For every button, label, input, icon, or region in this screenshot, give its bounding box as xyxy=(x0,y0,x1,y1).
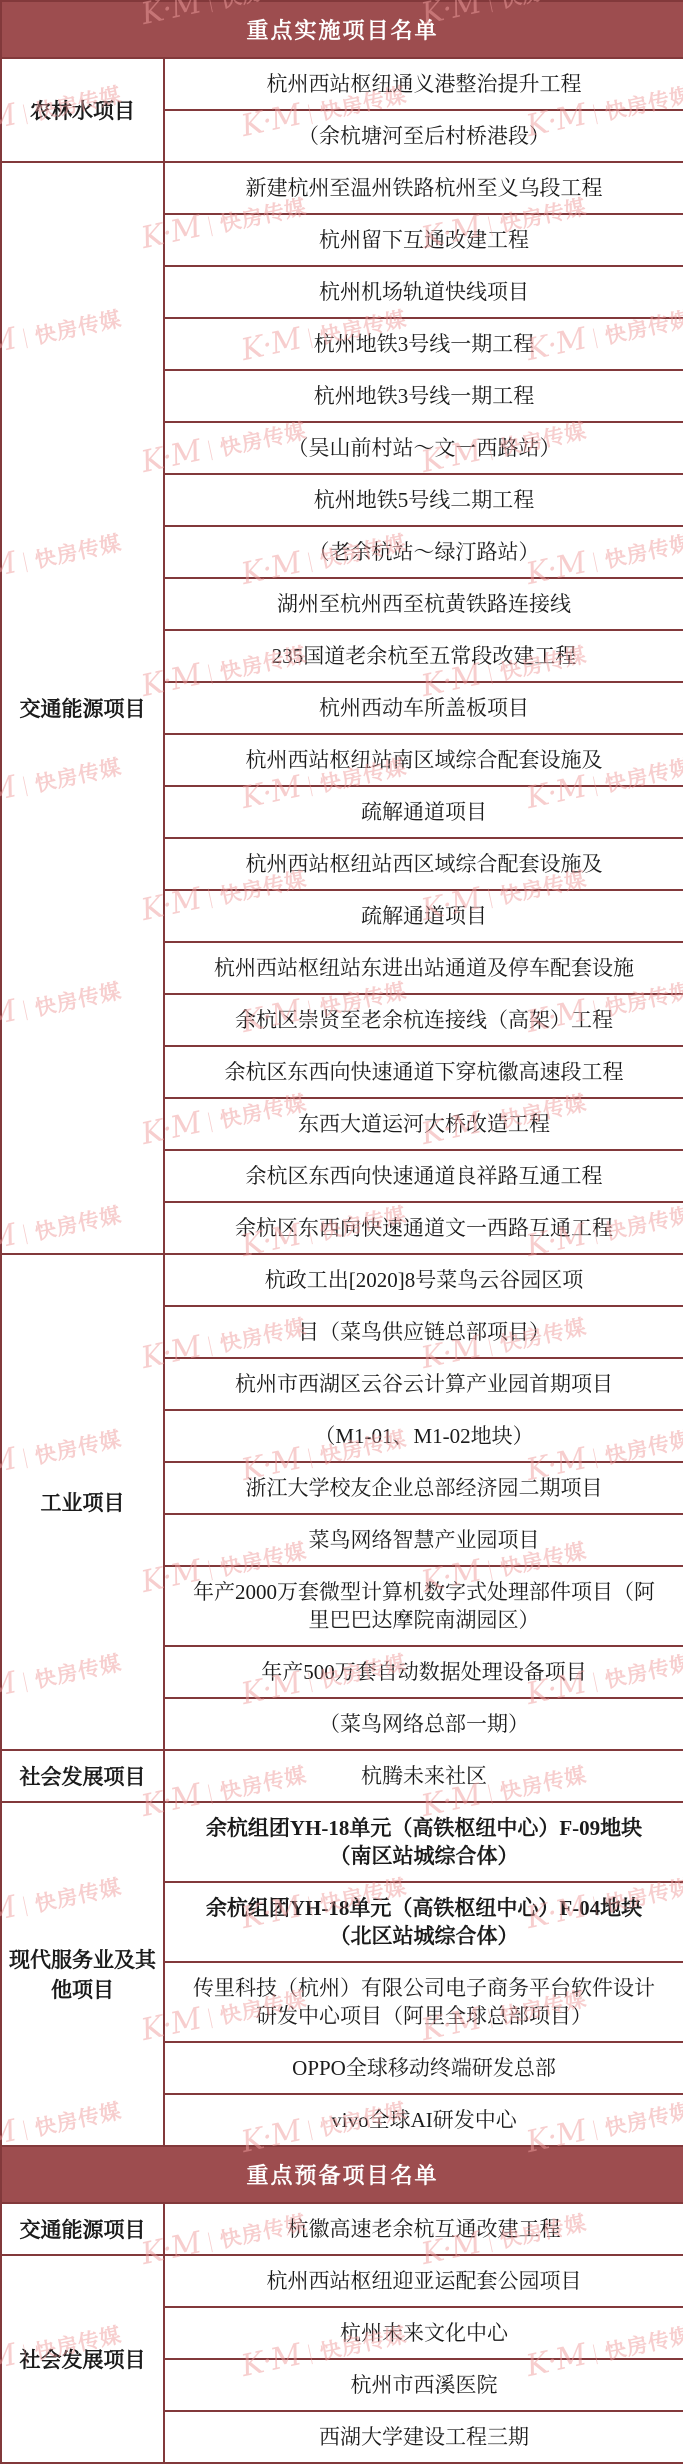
section-header-row: 重点预备项目名单 xyxy=(1,2146,683,2203)
project-cell: （菜鸟网络总部一期） xyxy=(164,1698,683,1750)
project-cell: 湖州至杭州西至杭黄铁路连接线 xyxy=(164,578,683,630)
project-cell: 余杭区东西向快速通道下穿杭徽高速段工程 xyxy=(164,1046,683,1098)
table-title: 重点预备项目名单 xyxy=(1,2146,683,2203)
project-cell: 传里科技（杭州）有限公司电子商务平台软件设计研发中心项目（阿里全球总部项目） xyxy=(164,1962,683,2042)
projects-table-body: 重点实施项目名单农林水项目杭州西站枢纽通义港整治提升工程（余杭塘河至后村桥港段）… xyxy=(1,1,683,2463)
table-title: 重点实施项目名单 xyxy=(1,1,683,58)
project-cell: （老余杭站～绿汀路站） xyxy=(164,526,683,578)
category-cell: 交通能源项目 xyxy=(1,2203,164,2255)
project-cell: 杭州地铁3号线一期工程 xyxy=(164,318,683,370)
project-cell: 杭政工出[2020]8号菜鸟云谷园区项 xyxy=(164,1254,683,1306)
project-cell: 杭州西站枢纽站东进出站通道及停车配套设施 xyxy=(164,942,683,994)
project-cell: 西湖大学建设工程三期 xyxy=(164,2411,683,2463)
projects-table: 重点实施项目名单农林水项目杭州西站枢纽通义港整治提升工程（余杭塘河至后村桥港段）… xyxy=(0,0,683,2464)
project-cell: OPPO全球移动终端研发总部 xyxy=(164,2042,683,2094)
table-row: 社会发展项目杭腾未来社区 xyxy=(1,1750,683,1802)
category-cell: 社会发展项目 xyxy=(1,2255,164,2463)
table-row: 现代服务业及其他项目余杭组团YH-18单元（高铁枢纽中心）F-09地块（南区站城… xyxy=(1,1802,683,1882)
project-cell: 杭州西动车所盖板项目 xyxy=(164,682,683,734)
category-cell: 交通能源项目 xyxy=(1,162,164,1254)
project-cell: （M1-01、M1-02地块） xyxy=(164,1410,683,1462)
project-cell: 菜鸟网络智慧产业园项目 xyxy=(164,1514,683,1566)
project-cell: 杭州地铁3号线一期工程 xyxy=(164,370,683,422)
category-cell: 现代服务业及其他项目 xyxy=(1,1802,164,2146)
table-row: 工业项目杭政工出[2020]8号菜鸟云谷园区项 xyxy=(1,1254,683,1306)
project-cell: 杭州西站枢纽站南区域综合配套设施及 xyxy=(164,734,683,786)
project-cell: 杭州留下互通改建工程 xyxy=(164,214,683,266)
project-cell: 疏解通道项目 xyxy=(164,890,683,942)
project-cell: 目（菜鸟供应链总部项目） xyxy=(164,1306,683,1358)
project-cell: vivo全球AI研发中心 xyxy=(164,2094,683,2146)
project-cell: 杭州地铁5号线二期工程 xyxy=(164,474,683,526)
project-cell: 235国道老余杭至五常段改建工程 xyxy=(164,630,683,682)
table-row: 农林水项目杭州西站枢纽通义港整治提升工程 xyxy=(1,58,683,110)
project-cell: 疏解通道项目 xyxy=(164,786,683,838)
project-cell: 浙江大学校友企业总部经济园二期项目 xyxy=(164,1462,683,1514)
project-cell: 余杭区东西向快速通道文一西路互通工程 xyxy=(164,1202,683,1254)
project-cell: 杭州市西溪医院 xyxy=(164,2359,683,2411)
project-cell: 杭州西站枢纽站西区域综合配套设施及 xyxy=(164,838,683,890)
project-cell: （余杭塘河至后村桥港段） xyxy=(164,110,683,162)
project-cell: 杭州机场轨道快线项目 xyxy=(164,266,683,318)
project-cell: 东西大道运河大桥改造工程 xyxy=(164,1098,683,1150)
document-page: 重点实施项目名单农林水项目杭州西站枢纽通义港整治提升工程（余杭塘河至后村桥港段）… xyxy=(0,0,683,2464)
project-cell: 杭州市西湖区云谷云计算产业园首期项目 xyxy=(164,1358,683,1410)
project-cell: 杭州西站枢纽通义港整治提升工程 xyxy=(164,58,683,110)
section-header-row: 重点实施项目名单 xyxy=(1,1,683,58)
project-cell: 余杭区崇贤至老余杭连接线（高架）工程 xyxy=(164,994,683,1046)
project-cell: 杭州未来文化中心 xyxy=(164,2307,683,2359)
project-cell: 年产500万套自动数据处理设备项目 xyxy=(164,1646,683,1698)
category-cell: 工业项目 xyxy=(1,1254,164,1750)
project-cell: 余杭组团YH-18单元（高铁枢纽中心）F-09地块（南区站城综合体） xyxy=(164,1802,683,1882)
table-row: 交通能源项目杭徽高速老余杭互通改建工程 xyxy=(1,2203,683,2255)
project-cell: 杭州西站枢纽迎亚运配套公园项目 xyxy=(164,2255,683,2307)
project-cell: 年产2000万套微型计算机数字式处理部件项目（阿里巴巴达摩院南湖园区） xyxy=(164,1566,683,1646)
project-cell: 新建杭州至温州铁路杭州至义乌段工程 xyxy=(164,162,683,214)
category-cell: 农林水项目 xyxy=(1,58,164,162)
project-cell: （吴山前村站～文一西路站） xyxy=(164,422,683,474)
project-cell: 余杭区东西向快速通道良祥路互通工程 xyxy=(164,1150,683,1202)
project-cell: 杭腾未来社区 xyxy=(164,1750,683,1802)
project-cell: 杭徽高速老余杭互通改建工程 xyxy=(164,2203,683,2255)
project-cell: 余杭组团YH-18单元（高铁枢纽中心）F-04地块（北区站城综合体） xyxy=(164,1882,683,1962)
table-row: 交通能源项目新建杭州至温州铁路杭州至义乌段工程 xyxy=(1,162,683,214)
category-cell: 社会发展项目 xyxy=(1,1750,164,1802)
table-row: 社会发展项目杭州西站枢纽迎亚运配套公园项目 xyxy=(1,2255,683,2307)
